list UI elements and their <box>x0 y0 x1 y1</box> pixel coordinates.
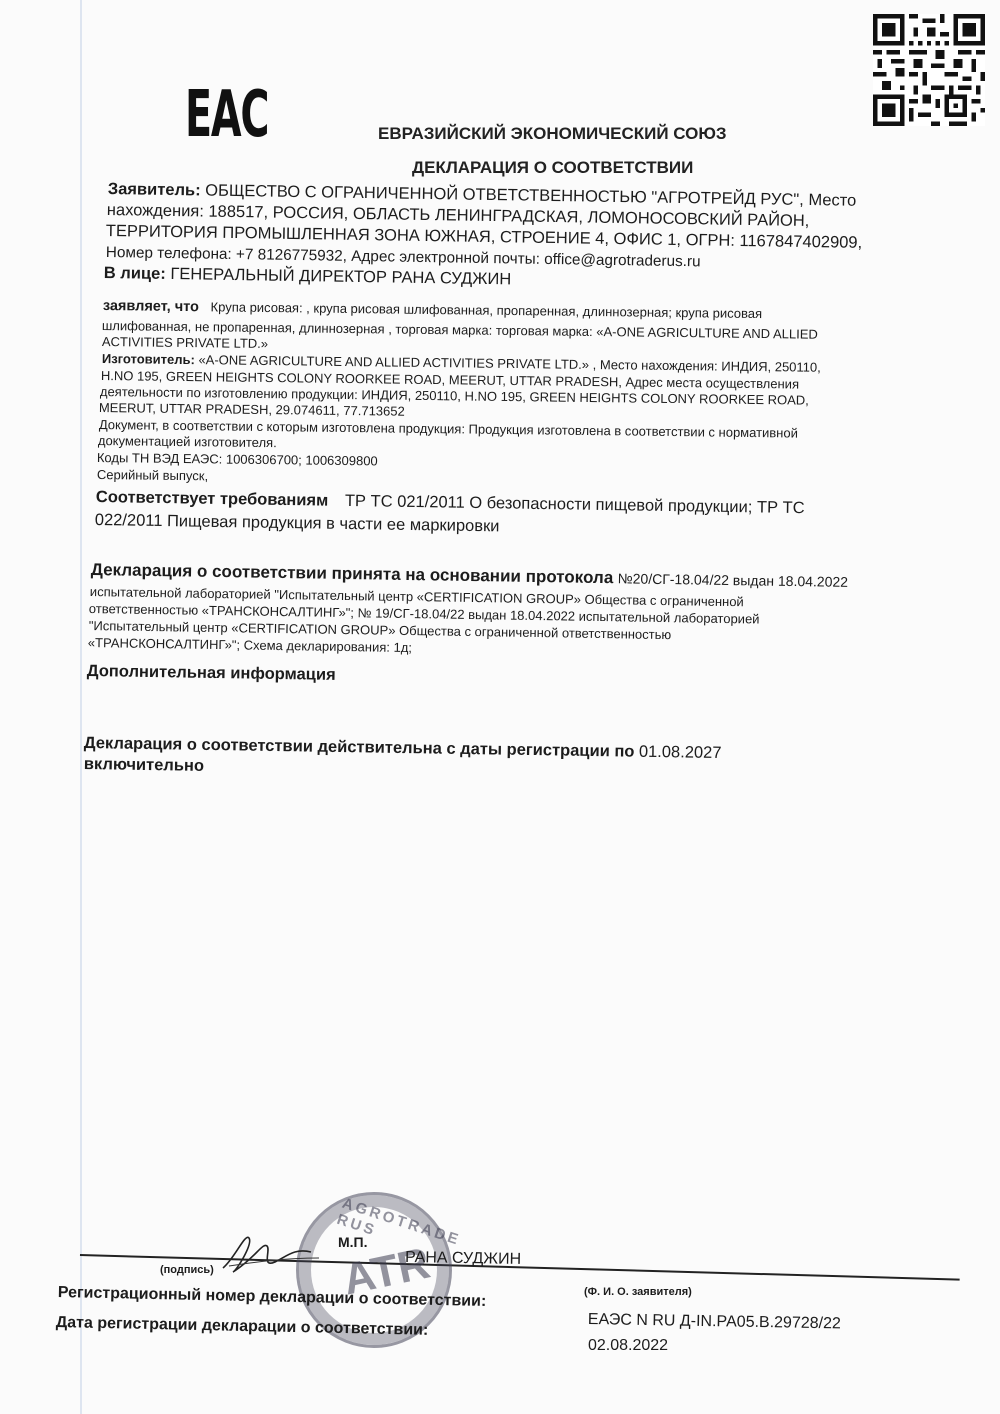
requirements-text: ТР ТС 021/2011 О безопасности пищевой пр… <box>345 492 805 517</box>
scan-artifact-line <box>80 0 82 1414</box>
manufacturer-line-4: MEERUT, UTTAR PRADESH, 29.074611, 77.713… <box>99 400 405 419</box>
requirements-line-2: 022/2011 Пищевая продукция в части ее ма… <box>95 511 500 536</box>
basis-label: Декларация о соответствии принята на осн… <box>91 560 614 587</box>
signer-name: РАНА СУДЖИН <box>405 1249 521 1269</box>
representative-name: ГЕНЕРАЛЬНЫЙ ДИРЕКТОР РАНА СУДЖИН <box>170 265 511 288</box>
product-description: Крупа рисовая: , крупа рисовая шлифованн… <box>210 299 762 321</box>
serial-release: Серийный выпуск, <box>97 467 208 483</box>
requirements-label: Соответствует требованиям <box>96 488 329 510</box>
representative-label: В лице: <box>104 264 166 283</box>
validity-date: 01.08.2027 <box>639 743 722 762</box>
applicant-label: Заявитель: <box>108 180 201 199</box>
eac-logo: ЕАС <box>185 78 268 152</box>
additional-info-label: Дополнительная информация <box>87 662 336 685</box>
hs-codes: Коды ТН ВЭД ЕАЭС: 1006306700; 1006309800 <box>97 450 378 468</box>
registration-date: 02.08.2022 <box>588 1337 668 1355</box>
handwritten-signature-icon <box>215 1228 325 1278</box>
signature-caption: (подпись) <box>160 1264 214 1276</box>
representative-line: В лице: ГЕНЕРАЛЬНЫЙ ДИРЕКТОР РАНА СУДЖИН <box>104 264 512 289</box>
declares-label: заявляет, что <box>103 298 199 315</box>
union-title: ЕВРАЗИЙСКИЙ ЭКОНОМИЧЕСКИЙ СОЮЗ <box>378 124 727 144</box>
product-description-3: ACTIVITIES PRIVATE LTD.» <box>102 334 268 351</box>
document-basis-line-2: документацией изготовителя. <box>98 433 277 450</box>
seal-place-label: М.П. <box>338 1234 368 1250</box>
qr-code-icon <box>873 14 985 126</box>
manufacturer-label: Изготовитель: <box>102 351 195 367</box>
name-caption: (Ф. И. О. заявителя) <box>584 1286 692 1298</box>
registration-number: ЕАЭС N RU Д-IN.РА05.В.29728/22 <box>588 1311 841 1333</box>
basis-line-5: «ТРАНСКОНСАЛТИНГ»"; Схема декларирования… <box>88 635 412 655</box>
validity-inclusive: включительно <box>84 755 204 776</box>
protocol-number: №20/СГ-18.04/22 выдан 18.04.2022 <box>618 570 849 590</box>
document-title: ДЕКЛАРАЦИЯ О СООТВЕТСТВИИ <box>412 158 693 178</box>
